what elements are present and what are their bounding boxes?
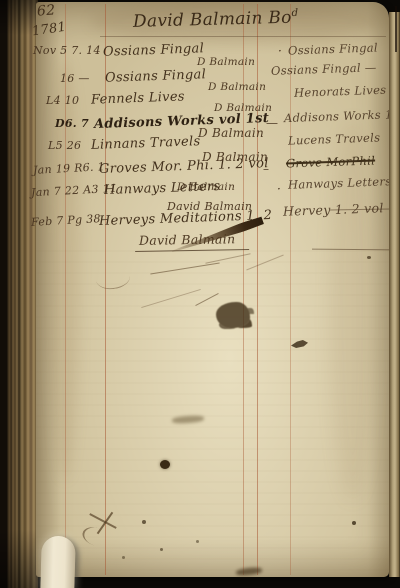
entry-date: L4 10 [46,95,79,106]
entry-attribution: D Balmain [197,57,255,68]
entry-separator: · [278,45,282,57]
book-binding [0,0,38,588]
entry-separator: — [266,117,278,129]
entry-date: D6. 7 [55,118,89,129]
entry-title: Linnans Travels [91,135,201,152]
entry-separator: · [277,183,281,195]
entry-date: Nov 5 7. 14 [33,45,101,56]
entry-date: Jan 19 R6. 1 [33,161,105,176]
manuscript-ledger-photo: 62 1781 David Balmain Bod Nov 5 7. 14 Os… [0,0,400,588]
entry-date: 16 — [60,73,90,84]
ruled-line-vertical [290,4,291,575]
entry-date: L5 26 [48,140,81,151]
page-title-superscript: d [291,8,298,19]
entry-title: Fennels Lives [91,90,185,106]
page-title: David Balmain Bod [133,9,299,31]
header-rule [100,36,386,37]
entry-attribution: D Balmain [198,127,264,139]
bookmark-slip [40,536,75,588]
folio-number: 62 [37,3,56,18]
entry-date: Feb 7 Pg 38 [31,213,101,228]
fore-edge-pages [389,12,400,577]
ruled-line-vertical [105,4,106,575]
entry-title: Ossians Fingal [103,42,204,59]
entry-attribution-underlined: David Balmain [135,233,250,251]
entry-attribution: D Balmain [208,82,266,93]
ruled-line-vertical [65,4,66,575]
entry-separator: – [263,163,269,175]
entry-right-note: Ossians Fingal [288,42,378,57]
page-title-text: David Balmain Bo [133,8,292,32]
entry-right-note-struck: Grove MorPhil [286,155,376,170]
fore-edge-shadow-line [395,6,397,52]
entry-title: Ossians Fingal [105,68,206,85]
entry-title: Hanways Letters [104,180,221,197]
